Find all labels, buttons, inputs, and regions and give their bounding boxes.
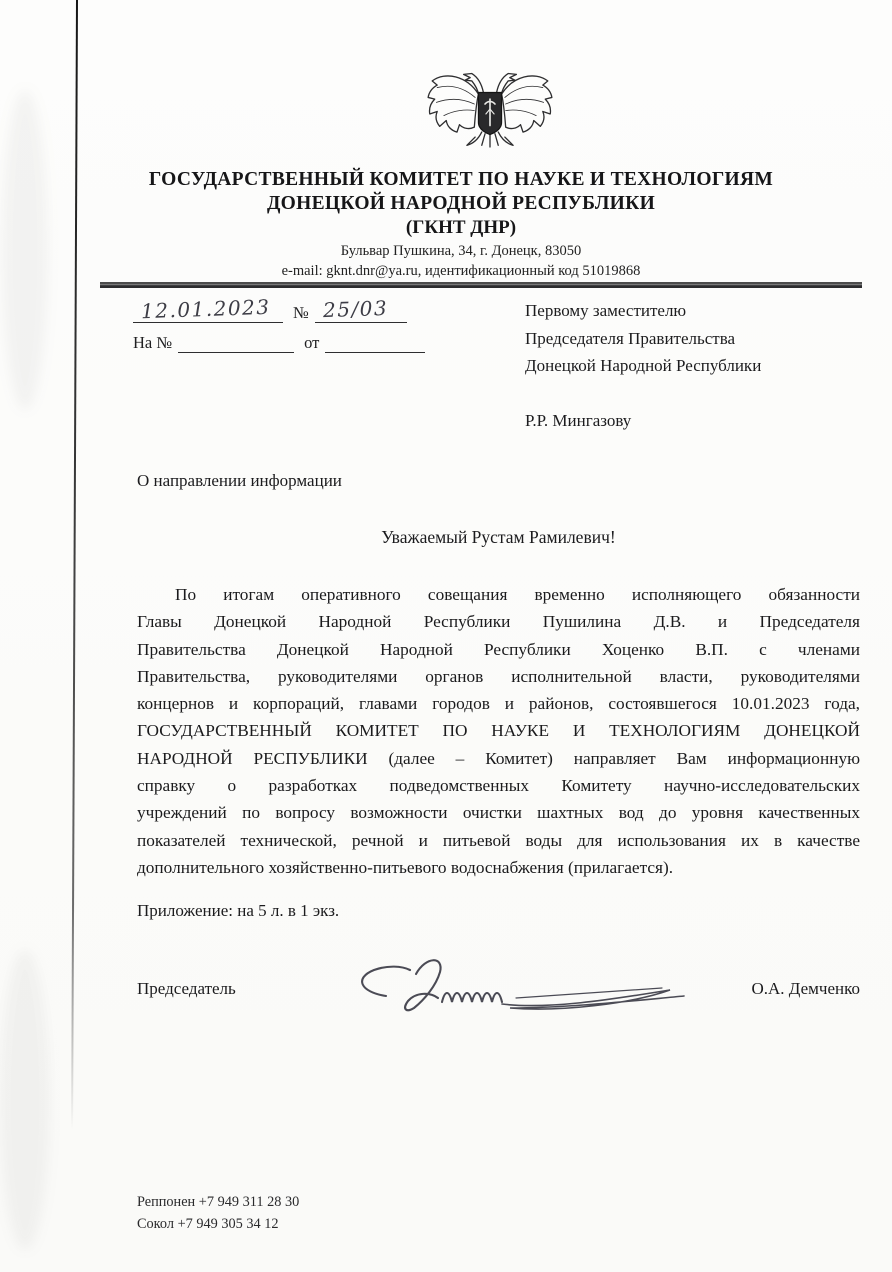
- letterhead-divider-rule: [100, 282, 862, 288]
- scan-smudge: [0, 950, 50, 1250]
- contact-line: Реппонен +7 949 311 28 30: [137, 1192, 299, 1214]
- date-field-line: 12.01.2023: [133, 300, 283, 323]
- footer-contacts: Реппонен +7 949 311 28 30 Сокол +7 949 3…: [137, 1192, 299, 1235]
- salutation: Уважаемый Рустам Рамилевич!: [137, 527, 860, 548]
- reply-number-field-line: [178, 330, 294, 353]
- date-number-row: 12.01.2023 № 25/03: [133, 299, 443, 323]
- handwritten-number: 25/03: [322, 296, 388, 322]
- body-line: концернов и корпораций, главами городов …: [137, 690, 860, 717]
- scanned-letter-page: { "header": { "emblem_icon": "dnr-double…: [0, 0, 892, 1272]
- recipient-line: Первому заместителю: [525, 297, 855, 325]
- body-line: дополнительного хозяйственно-питьевого в…: [137, 854, 860, 881]
- body-line: ГОСУДАРСТВЕННЫЙ КОМИТЕТ ПО НАУКЕ И ТЕХНО…: [137, 717, 860, 744]
- from-field-line: [325, 330, 425, 353]
- letter-body: По итогам оперативного совещания временн…: [137, 581, 860, 881]
- body-line: учреждений по вопросу возможности очистк…: [137, 799, 860, 826]
- from-label: от: [294, 333, 325, 353]
- recipient-line: Донецкой Народной Республики: [525, 352, 855, 380]
- body-line: По итогам оперативного совещания временн…: [137, 581, 860, 608]
- body-line: справку о разработках подведомственных К…: [137, 772, 860, 799]
- body-line: показателей технической, речной и питьев…: [137, 827, 860, 854]
- org-address: Бульвар Пушкина, 34, г. Донецк, 83050: [66, 243, 856, 260]
- org-name-line1: ГОСУДАРСТВЕННЫЙ КОМИТЕТ ПО НАУКЕ И ТЕХНО…: [66, 168, 856, 192]
- attachment-note: Приложение: на 5 л. в 1 экз.: [137, 901, 339, 921]
- handwritten-signature-icon: [340, 952, 700, 1029]
- org-name-line2: ДОНЕЦКОЙ НАРОДНОЙ РЕСПУБЛИКИ: [66, 192, 856, 216]
- body-line: НАРОДНОЙ РЕСПУБЛИКИ (далее – Комитет) на…: [137, 745, 860, 772]
- number-field-line: 25/03: [315, 300, 407, 323]
- reply-number-label: На №: [133, 333, 178, 353]
- body-line: Правительства Донецкой Народной Республи…: [137, 636, 860, 663]
- org-contact: e-mail: gknt.dnr@ya.ru, идентификационны…: [66, 263, 856, 280]
- recipient-name: Р.Р. Мингазову: [525, 407, 855, 435]
- recipient-block: Первому заместителю Председателя Правите…: [525, 297, 855, 434]
- letterhead: ГОСУДАРСТВЕННЫЙ КОМИТЕТ ПО НАУКЕ И ТЕХНО…: [66, 168, 856, 280]
- scan-smudge: [2, 90, 48, 410]
- coat-of-arms-icon: [424, 60, 556, 158]
- recipient-line: Председателя Правительства: [525, 325, 855, 353]
- reply-reference-row: На № от: [133, 329, 443, 353]
- number-sign-label: №: [283, 303, 315, 323]
- signer-position: Председатель: [137, 979, 236, 999]
- org-abbreviation: (ГКНТ ДНР): [66, 216, 856, 240]
- reference-block: 12.01.2023 № 25/03 На № от: [133, 299, 443, 359]
- subject-line: О направлении информации: [137, 471, 342, 491]
- signer-name: О.А. Демченко: [752, 979, 861, 999]
- body-line: Правительства, руководителями органов ис…: [137, 663, 860, 690]
- handwritten-date: 12.01.2023: [141, 295, 271, 324]
- contact-line: Сокол +7 949 305 34 12: [137, 1214, 299, 1236]
- body-line: Главы Донецкой Народной Республики Пушил…: [137, 608, 860, 635]
